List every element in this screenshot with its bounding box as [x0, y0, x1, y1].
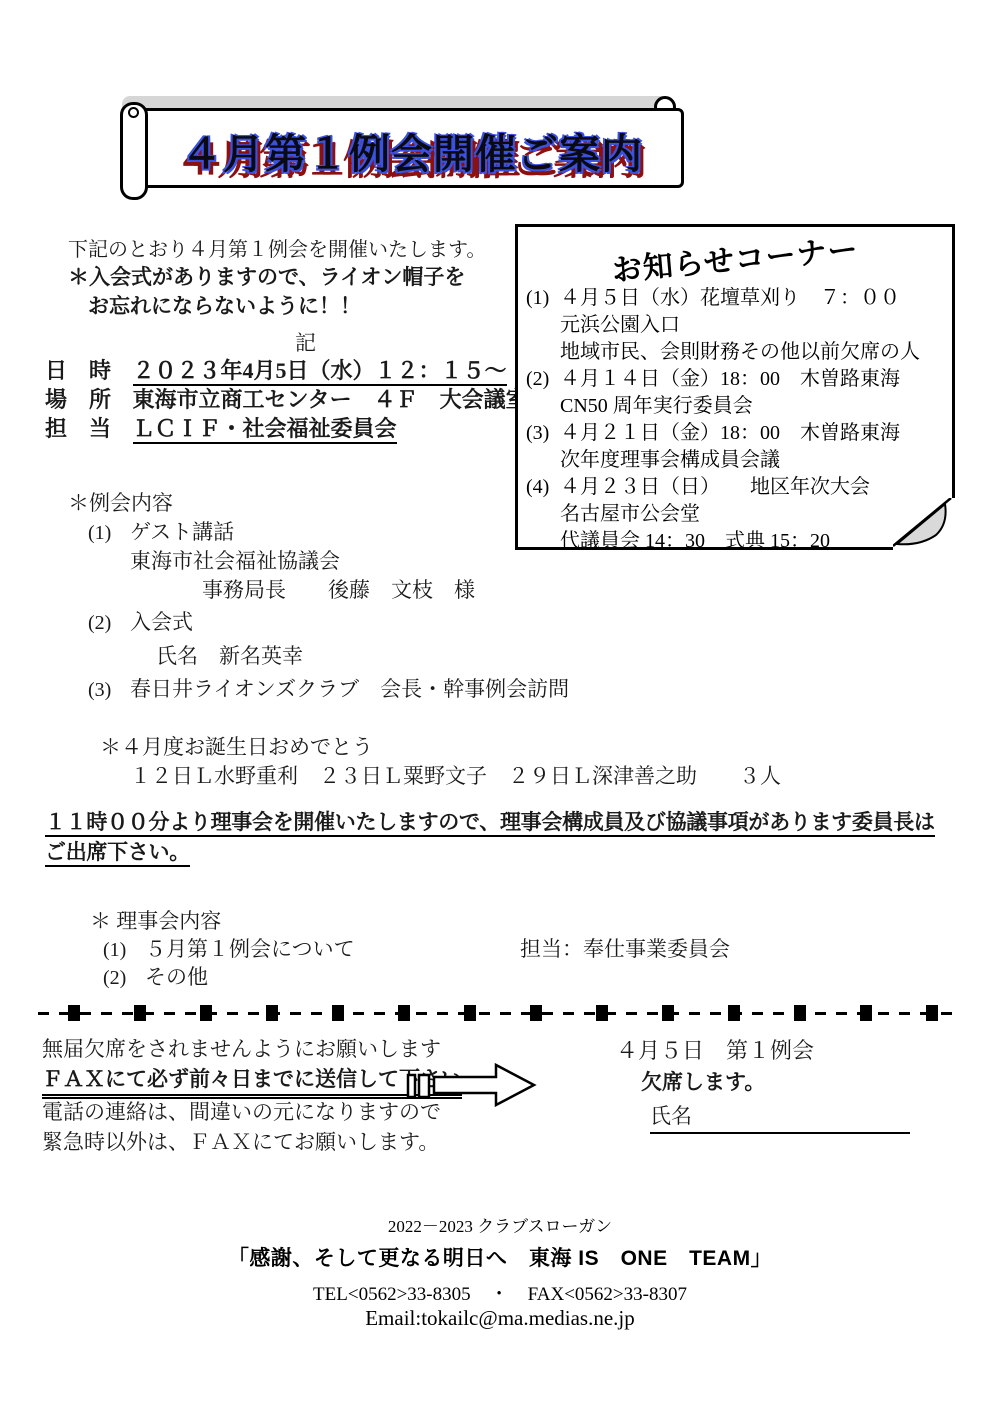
- item-marker: (2): [526, 366, 560, 393]
- notice-corner-box: お知らせコーナー (1)４月５日（水）花壇草刈り ７：００ 元浜公園入口 地域市…: [515, 224, 955, 550]
- fax-note-line-3: 電話の連絡は、間違いの元になりますので: [42, 1096, 441, 1126]
- list-item: (3)４月２１日（金）18：00 木曽路東海 次年度理事会構成員会議: [526, 420, 946, 474]
- detail-label: 担 当: [45, 412, 123, 443]
- page-fold-icon: [893, 498, 955, 550]
- detail-label: 場 所: [45, 383, 123, 414]
- intro-line-3: お忘れにならないように！！: [88, 290, 361, 320]
- item-marker: (3): [526, 420, 560, 447]
- board-notice-line-1: １１時００分より理事会を開催いたしますので、理事会構成員及び協議事項があります委…: [45, 806, 935, 836]
- intro-line-1: 下記のとおり４月第１例会を開催いたします。: [68, 233, 486, 262]
- board-meeting-item-1: (1)５月第１例会について: [103, 933, 355, 963]
- item-marker: (1): [103, 939, 145, 962]
- right-arrow-icon: [406, 1061, 538, 1107]
- item-text: 元浜公園入口: [526, 312, 946, 339]
- detail-value: ＬＣＩＦ・社会福祉委員会: [133, 416, 397, 444]
- item-marker: (4): [526, 474, 560, 501]
- fax-note-line-4: 緊急時以外は、ＦＡＸにてお願いします。: [42, 1126, 439, 1156]
- document-page: ４月第１例会開催ご案内 下記のとおり４月第１例会を開催いたします。 ＊入会式があ…: [0, 0, 1000, 1415]
- detail-value: 東海市立商工センター ４Ｆ 大会議室: [133, 387, 528, 412]
- fax-note-line-1: 無届欠席をされませんようにお願いします: [42, 1033, 441, 1063]
- item-text: ゲスト講話: [130, 520, 234, 544]
- list-item: (2)４月１４日（金）18：00 木曽路東海 CN50 周年実行委員会: [526, 366, 946, 420]
- board-meeting-heading: ＊ 理事会内容: [90, 905, 221, 935]
- intro-line-2: ＊入会式がありますので、ライオン帽子を: [68, 261, 465, 291]
- footer: 2022－2023 クラブスローガン 「感謝、そして更なる明日へ 東海 IS O…: [0, 1212, 1000, 1331]
- title-banner: ４月第１例会開催ご案内: [118, 90, 690, 200]
- item-marker: (2): [88, 612, 130, 635]
- page-title: ４月第１例会開催ご案内: [152, 118, 672, 182]
- meeting-item-2: (2)入会式: [88, 606, 193, 636]
- fax-note-line-2: ＦＡＸにて必ず前々日までに送信して下さい: [42, 1063, 462, 1099]
- detail-row-datetime: 日 時 ２０２３年4月5日（水）１２：１５～: [45, 354, 507, 385]
- item-text: ４月１４日（金）18：00 木曽路東海: [560, 368, 900, 390]
- item-text: 次年度理事会構成員会議: [526, 447, 946, 474]
- item-text: 入会式: [130, 610, 193, 634]
- list-item: (1)４月５日（水）花壇草刈り ７：００ 元浜公園入口 地域市民、会則財務その他…: [526, 285, 946, 366]
- item-text: ４月５日（水）花壇草刈り ７：００: [560, 287, 900, 309]
- meeting-item-2-name: 氏名 新名英幸: [156, 640, 303, 670]
- item-text: CN50 周年実行委員会: [526, 393, 946, 420]
- item-text: ４月２３日（日） 地区年次大会: [560, 476, 870, 498]
- meeting-item-1-guest: 事務局長 後藤 文枝 様: [202, 574, 475, 604]
- item-text: ４月２１日（金）18：00 木曽路東海: [560, 422, 900, 444]
- item-text: 代議員会 14：30 式典 15：20: [526, 528, 946, 555]
- item-text: ５月第１例会について: [145, 937, 355, 961]
- meeting-item-3: (3)春日井ライオンズクラブ 会長・幹事例会訪問: [88, 673, 569, 703]
- item-marker: (2): [103, 967, 145, 990]
- birthday-heading: ＊４月度お誕生日おめでとう: [100, 731, 373, 761]
- notice-box-items: (1)４月５日（水）花壇草刈り ７：００ 元浜公園入口 地域市民、会則財務その他…: [518, 283, 952, 555]
- item-marker: (1): [88, 522, 130, 545]
- item-marker: (3): [88, 679, 130, 702]
- detail-value: ２０２３年4月5日（水）１２：１５～: [133, 358, 507, 386]
- slogan-year: 2022－2023 クラブスローガン: [0, 1212, 1000, 1237]
- item-text: 地域市民、会則財務その他以前欠席の人: [526, 339, 946, 366]
- detail-label: 日 時: [45, 354, 123, 385]
- detail-row-place: 場 所 東海市立商工センター ４Ｆ 大会議室: [45, 383, 528, 414]
- item-text: 春日井ライオンズクラブ 会長・幹事例会訪問: [130, 677, 569, 701]
- item-text: その他: [145, 965, 208, 989]
- scroll-roll-eye-icon: [128, 107, 139, 118]
- birthday-names: １２日Ｌ水野重利 ２３日Ｌ粟野文子 ２９日Ｌ深津善之助 ３人: [130, 760, 781, 790]
- name-label: 氏名: [650, 1104, 692, 1128]
- reply-meeting-title: ４月５日 第１例会: [616, 1034, 814, 1065]
- detail-row-charge: 担 当 ＬＣＩＦ・社会福祉委員会: [45, 412, 397, 443]
- item-text: 名古屋市公会堂: [526, 501, 946, 528]
- meeting-heading: ＊例会内容: [68, 487, 173, 517]
- board-notice-line-2: ご出席下さい。: [45, 836, 190, 866]
- reply-name-field: 氏名: [650, 1100, 910, 1134]
- cut-line-divider: [38, 1004, 960, 1022]
- meeting-item-1: (1)ゲスト講話: [88, 516, 234, 546]
- reply-absent-label: 欠席します。: [641, 1066, 765, 1096]
- board-meeting-item-2: (2)その他: [103, 961, 208, 991]
- meeting-item-1-org: 東海市社会福祉協議会: [130, 545, 340, 575]
- club-slogan: 「感謝、そして更なる明日へ 東海 IS ONE TEAM」: [0, 1242, 1000, 1272]
- tel-fax: TEL<0562>33-8305 ・ FAX<0562>33-8307: [0, 1279, 1000, 1306]
- email: Email:tokailc@ma.medias.ne.jp: [0, 1306, 1000, 1331]
- ki-heading: 記: [295, 327, 316, 357]
- list-item: (4)４月２３日（日） 地区年次大会 名古屋市公会堂 代議員会 14：30 式典…: [526, 474, 946, 555]
- board-meeting-item-1-charge: 担当：奉仕事業委員会: [520, 933, 730, 963]
